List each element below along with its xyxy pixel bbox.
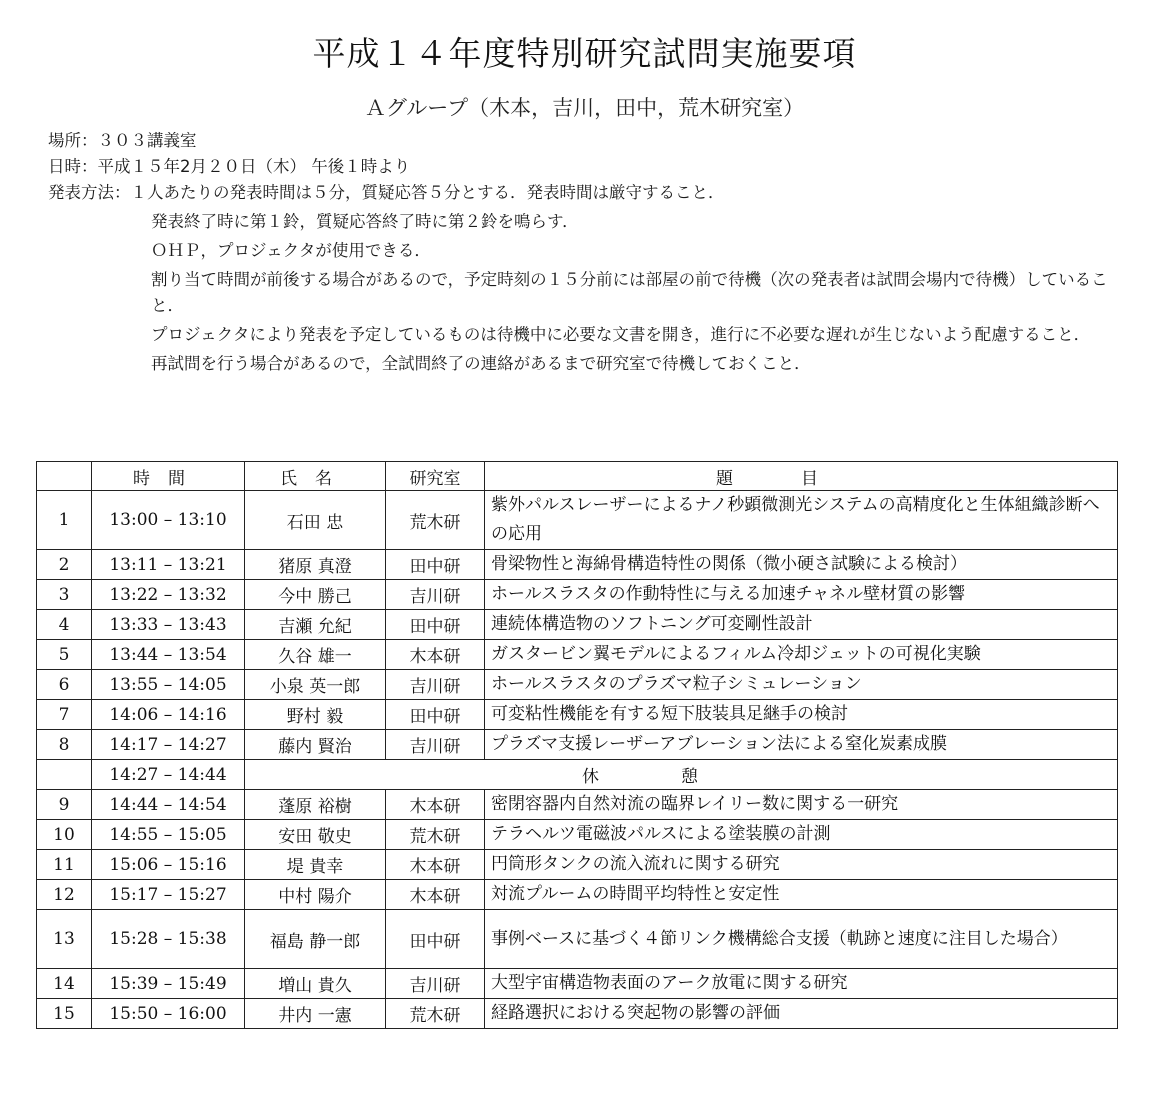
table-row: 14 15:39 – 15:49 増山 貴久 吉川研 大型宇宙構造物表面のアーク…: [37, 969, 1118, 999]
cell-name: 藤内 賢治: [245, 730, 386, 760]
method-item: プロジェクタにより発表を予定しているものは待機中に必要な文書を開き，進行に不必要…: [151, 322, 1116, 348]
cell-lab: 木本研: [386, 880, 485, 910]
cell-no: 13: [37, 910, 92, 969]
table-row: 13 15:28 – 15:38 福島 静一郎 田中研 事例ベースに基づく４節リ…: [37, 910, 1118, 969]
cell-time: 15:17 – 15:27: [92, 880, 245, 910]
method-label: 発表方法：: [48, 183, 131, 202]
cell-lab: 木本研: [386, 640, 485, 670]
header-title: 題目: [485, 462, 1118, 491]
method-item: 発表終了時に第１鈴，質疑応答終了時に第２鈴を鳴らす．: [151, 209, 1128, 235]
method-block: 発表方法：１人あたりの発表時間は５分，質疑応答５分とする．発表時間は厳守すること…: [48, 180, 1128, 377]
cell-no: 10: [37, 820, 92, 850]
table-row: 9 14:44 – 14:54 蓬原 裕樹 木本研 密閉容器内自然対流の臨界レイ…: [37, 790, 1118, 820]
cell-time: 15:28 – 15:38: [92, 910, 245, 969]
cell-lab: 木本研: [386, 790, 485, 820]
cell-no: 8: [37, 730, 92, 760]
table-row: 5 13:44 – 13:54 久谷 雄一 木本研 ガスタービン翼モデルによるフ…: [37, 640, 1118, 670]
cell-title: 大型宇宙構造物表面のアーク放電に関する研究: [485, 969, 1118, 999]
cell-name: 猪原 真澄: [245, 550, 386, 580]
cell-lab: 荒木研: [386, 999, 485, 1029]
cell-title: 紫外パルスレーザーによるナノ秒顕微測光システムの高精度化と生体組織診断への応用: [485, 491, 1118, 550]
cell-name: 堤 貴幸: [245, 850, 386, 880]
cell-time: 13:44 – 13:54: [92, 640, 245, 670]
cell-title: 事例ベースに基づく４節リンク機構総合支援（軌跡と速度に注目した場合）: [485, 910, 1118, 969]
schedule-table: 時間 氏名 研究室 題目 1 13:00 – 13:10 石田 忠 荒木研 紫外…: [36, 461, 1118, 1029]
table-row: 15 15:50 – 16:00 井内 一憲 荒木研 経路選択における突起物の影…: [37, 999, 1118, 1029]
cell-no: 11: [37, 850, 92, 880]
table-row: 10 14:55 – 15:05 安田 敬史 荒木研 テラヘルツ電磁波パルスによ…: [37, 820, 1118, 850]
cell-lab: 吉川研: [386, 969, 485, 999]
cell-title: プラズマ支援レーザーアブレーション法による窒化炭素成膜: [485, 730, 1118, 760]
document-subtitle: Ａグループ（木本，吉川，田中，荒木研究室）: [0, 92, 1169, 122]
table-row: 1 13:00 – 13:10 石田 忠 荒木研 紫外パルスレーザーによるナノ秒…: [37, 491, 1118, 550]
method-first-line: 発表方法：１人あたりの発表時間は５分，質疑応答５分とする．発表時間は厳守すること…: [48, 180, 1128, 206]
cell-lab: 吉川研: [386, 580, 485, 610]
cell-time: 15:50 – 16:00: [92, 999, 245, 1029]
cell-title: 対流プルームの時間平均特性と安定性: [485, 880, 1118, 910]
cell-no: 5: [37, 640, 92, 670]
table-row: 8 14:17 – 14:27 藤内 賢治 吉川研 プラズマ支援レーザーアブレー…: [37, 730, 1118, 760]
document-title: 平成１４年度特別研究試問実施要項: [0, 28, 1169, 75]
cell-name: 井内 一憲: [245, 999, 386, 1029]
cell-time: 13:33 – 13:43: [92, 610, 245, 640]
header-lab: 研究室: [386, 462, 485, 491]
method-item: ＯＨＰ，プロジェクタが使用できる．: [151, 238, 1128, 264]
cell-no: 9: [37, 790, 92, 820]
cell-time: 15:39 – 15:49: [92, 969, 245, 999]
cell-time: 13:00 – 13:10: [92, 491, 245, 550]
cell-lab: 田中研: [386, 910, 485, 969]
cell-time: 13:22 – 13:32: [92, 580, 245, 610]
header-time: 時間: [92, 462, 245, 491]
table-row: 6 13:55 – 14:05 小泉 英一郎 吉川研 ホールスラスタのプラズマ粒…: [37, 670, 1118, 700]
table-row: 11 15:06 – 15:16 堤 貴幸 木本研 円筒形タンクの流入流れに関す…: [37, 850, 1118, 880]
cell-time: 14:17 – 14:27: [92, 730, 245, 760]
cell-name: 石田 忠: [245, 491, 386, 550]
cell-no: 7: [37, 700, 92, 730]
datetime-value: 平成１５年2月２０日（木） 午後１時より: [98, 157, 411, 176]
cell-no: 12: [37, 880, 92, 910]
cell-title: 骨梁物性と海綿骨構造特性の関係（微小硬さ試験による検討）: [485, 550, 1118, 580]
cell-title: ホールスラスタのプラズマ粒子シミュレーション: [485, 670, 1118, 700]
cell-name: 野村 毅: [245, 700, 386, 730]
cell-lab: 田中研: [386, 610, 485, 640]
cell-time: 15:06 – 15:16: [92, 850, 245, 880]
place-line: 場所：３０３講義室: [48, 128, 1128, 154]
place-label: 場所：: [48, 131, 98, 150]
cell-no: 1: [37, 491, 92, 550]
method-item: 再試問を行う場合があるので，全試問終了の連絡があるまで研究室で待機しておくこと．: [151, 351, 1128, 377]
cell-time: 14:44 – 14:54: [92, 790, 245, 820]
method-first-text: １人あたりの発表時間は５分，質疑応答５分とする．発表時間は厳守すること．: [131, 183, 725, 202]
cell-lab: 吉川研: [386, 670, 485, 700]
cell-no: 6: [37, 670, 92, 700]
table-header-row: 時間 氏名 研究室 題目: [37, 462, 1118, 491]
cell-no: 4: [37, 610, 92, 640]
cell-name: 福島 静一郎: [245, 910, 386, 969]
method-item: 割り当て時間が前後する場合があるので，予定時刻の１５分前には部屋の前で待機（次の…: [151, 267, 1116, 319]
cell-no: 15: [37, 999, 92, 1029]
cell-time: 14:27 – 14:44: [92, 760, 245, 790]
cell-no: 14: [37, 969, 92, 999]
info-block: 場所：３０３講義室 日時：平成１５年2月２０日（木） 午後１時より: [48, 128, 1128, 180]
cell-time: 13:55 – 14:05: [92, 670, 245, 700]
cell-no: 3: [37, 580, 92, 610]
cell-time: 13:11 – 13:21: [92, 550, 245, 580]
cell-title: 経路選択における突起物の影響の評価: [485, 999, 1118, 1029]
cell-no: [37, 760, 92, 790]
table-row: 7 14:06 – 14:16 野村 毅 田中研 可変粘性機能を有する短下肢装具…: [37, 700, 1118, 730]
cell-name: 小泉 英一郎: [245, 670, 386, 700]
header-no: [37, 462, 92, 491]
method-items: 発表終了時に第１鈴，質疑応答終了時に第２鈴を鳴らす． ＯＨＰ，プロジェクタが使用…: [151, 209, 1128, 377]
cell-name: 吉瀬 允紀: [245, 610, 386, 640]
cell-name: 今中 勝己: [245, 580, 386, 610]
cell-title: 密閉容器内自然対流の臨界レイリー数に関する一研究: [485, 790, 1118, 820]
cell-lab: 田中研: [386, 700, 485, 730]
cell-title: ホールスラスタの作動特性に与える加速チャネル壁材質の影響: [485, 580, 1118, 610]
datetime-line: 日時：平成１５年2月２０日（木） 午後１時より: [48, 154, 1128, 180]
cell-lab: 荒木研: [386, 491, 485, 550]
place-value: ３０３講義室: [98, 131, 197, 150]
header-name: 氏名: [245, 462, 386, 491]
break-row: 14:27 – 14:44 休憩: [37, 760, 1118, 790]
cell-name: 安田 敬史: [245, 820, 386, 850]
cell-no: 2: [37, 550, 92, 580]
cell-title: ガスタービン翼モデルによるフィルム冷却ジェットの可視化実験: [485, 640, 1118, 670]
cell-time: 14:06 – 14:16: [92, 700, 245, 730]
cell-time: 14:55 – 15:05: [92, 820, 245, 850]
cell-name: 増山 貴久: [245, 969, 386, 999]
cell-lab: 荒木研: [386, 820, 485, 850]
cell-name: 中村 陽介: [245, 880, 386, 910]
cell-lab: 吉川研: [386, 730, 485, 760]
table-row: 2 13:11 – 13:21 猪原 真澄 田中研 骨梁物性と海綿骨構造特性の関…: [37, 550, 1118, 580]
table-row: 4 13:33 – 13:43 吉瀬 允紀 田中研 連続体構造物のソフトニング可…: [37, 610, 1118, 640]
cell-title: 連続体構造物のソフトニング可変剛性設計: [485, 610, 1118, 640]
cell-title: テラヘルツ電磁波パルスによる塗装膜の計測: [485, 820, 1118, 850]
cell-lab: 田中研: [386, 550, 485, 580]
table-row: 3 13:22 – 13:32 今中 勝己 吉川研 ホールスラスタの作動特性に与…: [37, 580, 1118, 610]
cell-lab: 木本研: [386, 850, 485, 880]
cell-name: 久谷 雄一: [245, 640, 386, 670]
datetime-label: 日時：: [48, 157, 98, 176]
cell-title: 可変粘性機能を有する短下肢装具足継手の検討: [485, 700, 1118, 730]
table-row: 12 15:17 – 15:27 中村 陽介 木本研 対流プルームの時間平均特性…: [37, 880, 1118, 910]
break-label: 休憩: [245, 760, 1118, 790]
cell-name: 蓬原 裕樹: [245, 790, 386, 820]
cell-title: 円筒形タンクの流入流れに関する研究: [485, 850, 1118, 880]
